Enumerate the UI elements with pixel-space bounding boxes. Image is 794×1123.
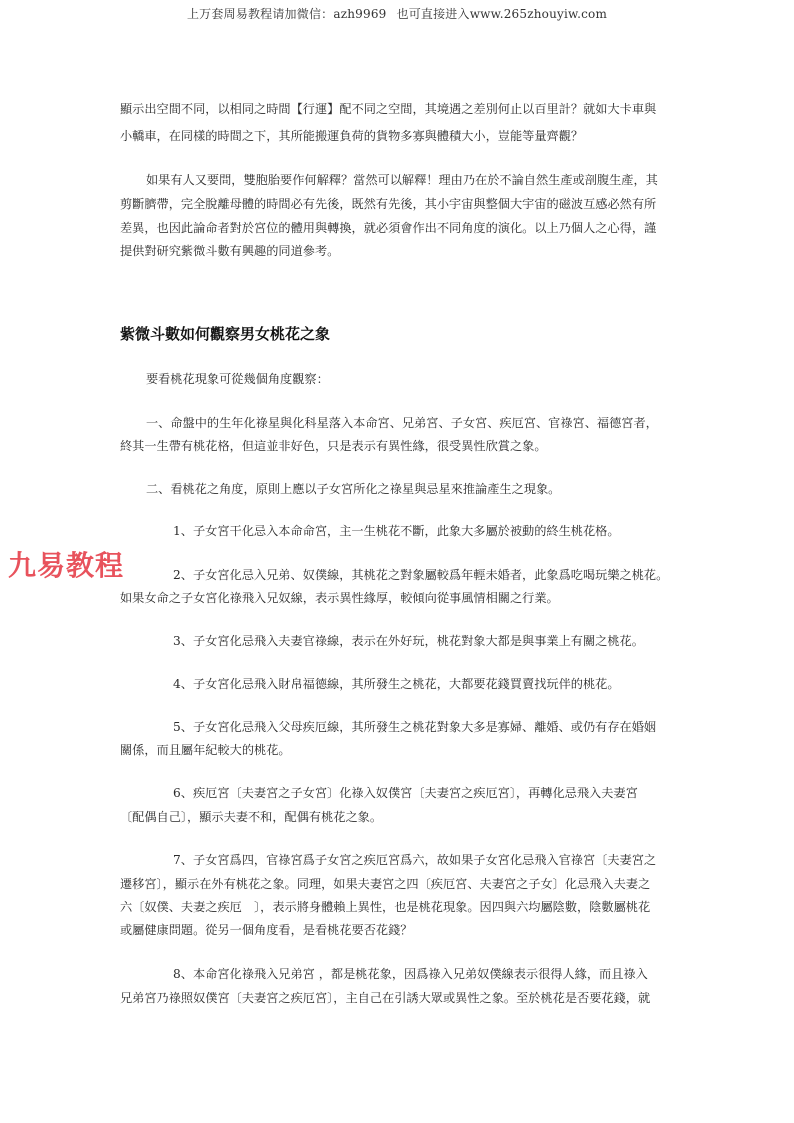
paragraph-line: 顯示出空間不同，以相同之時間【行運】配不同之空間，其境遇之差別何止以百里計？就如… [120,101,676,117]
list-item-line: 或屬健康問題。從另一個角度看，是看桃花要否花錢？ [120,922,676,938]
list-item-line: 六〔奴僕、夫妻之疾厄 〕，表示將身體賴上異性，也是桃花現象。因四與六均屬陰數，陰… [120,899,676,915]
list-item-line: 1、子女宮干化忌入本命命宮，主一生桃花不斷，此象大多屬於被動的終生桃花格。 [173,523,676,539]
header-wechat-text: 上万套周易教程请加微信：azh9969 [187,7,387,21]
section-title: 紫微斗數如何觀察男女桃花之象 [120,323,330,344]
list-item-line: 遷移宮〕，顯示在外有桃花之象。同理，如果夫妻宮之四〔疾厄宮、夫妻宮之子女〕化忌飛… [120,876,676,892]
list-item-line: 8、本命宮化祿飛入兄弟宮 ，都是桃花象，因爲祿入兄弟奴僕線表示很得人緣，而且祿入 [173,966,676,982]
page-header: 上万套周易教程请加微信：azh9969也可直接进入www.265zhouyiw.… [0,5,794,22]
list-item-line: 〔配偶自己〕，顯示夫妻不和，配偶有桃花之象。 [120,809,676,825]
paragraph-line: 小轎車，在同樣的時間之下，其所能搬運負荷的貨物多寡與體積大小，豈能等量齊觀？ [120,128,676,144]
point-one-line: 終其一生帶有桃花格，但這並非好色，只是表示有異性緣，很受異性欣賞之象。 [120,438,676,454]
point-two-line: 二、看桃花之角度，原則上應以子女宮所化之祿星與忌星來推論產生之現象。 [146,481,676,497]
list-item-line: 6、疾厄宮〔夫妻宮之子女宮〕化祿入奴僕宮〔夫妻宮之疾厄宮〕，再轉化忌飛入夫妻宮 [173,785,676,801]
paragraph-line: 剪斷臍帶，完全脫離母體的時間必有先後，既然有先後，其小宇宙與整個大宇宙的磁波互感… [120,196,676,212]
list-item-line: 兄弟宮乃祿照奴僕宮〔夫妻宮之疾厄宮〕，主自己在引誘大眾或異性之象。至於桃花是否要… [120,990,676,1006]
paragraph-line: 如果有人又要問，雙胞胎要作何解釋？當然可以解釋！理由乃在於不論自然生產或剖腹生產… [146,172,676,188]
list-item-line: 2、子女宮化忌入兄弟、奴僕線，其桃花之對象屬較爲年輕未婚者，此象爲吃喝玩樂之桃花… [173,567,676,583]
watermark-logo: 九易教程 [8,544,124,584]
section-lead: 要看桃花現象可從幾個角度觀察： [146,371,676,387]
list-item-line: 5、子女宮化忌飛入父母疾厄線，其所發生之桃花對象大多是寡婦、離婚、或仍有存在婚姻 [173,719,676,735]
point-one-line: 一、命盤中的生年化祿星與化科星落入本命宮、兄弟宮、子女宮、疾厄宮、官祿宮、福德宮… [146,415,676,431]
list-item-line: 7、子女宮爲四，官祿宮爲子女宮之疾厄宮爲六，故如果子女宮化忌飛入官祿宮〔夫妻宮之 [173,852,676,868]
list-item-line: 3、子女宮化忌飛入夫妻官祿線，表示在外好玩，桃花對象大都是與事業上有關之桃花。 [173,633,676,649]
paragraph-line: 差異，也因此論命者對於宮位的體用與轉換，就必須會作出不同角度的演化。以上乃個人之… [120,220,676,236]
list-item-line: 如果女命之子女宮化祿飛入兄奴線，表示異性緣厚，較傾向從事風情相關之行業。 [120,590,676,606]
paragraph-line: 提供對研究紫微斗數有興趣的同道參考。 [120,243,676,259]
list-item-line: 4、子女宮化忌飛入財帛福德線，其所發生之桃花，大都要花錢買賣找玩伴的桃花。 [173,676,676,692]
list-item-line: 關係，而且屬年紀較大的桃花。 [120,742,676,758]
header-website-text: 也可直接进入www.265zhouyiw.com [397,7,608,21]
